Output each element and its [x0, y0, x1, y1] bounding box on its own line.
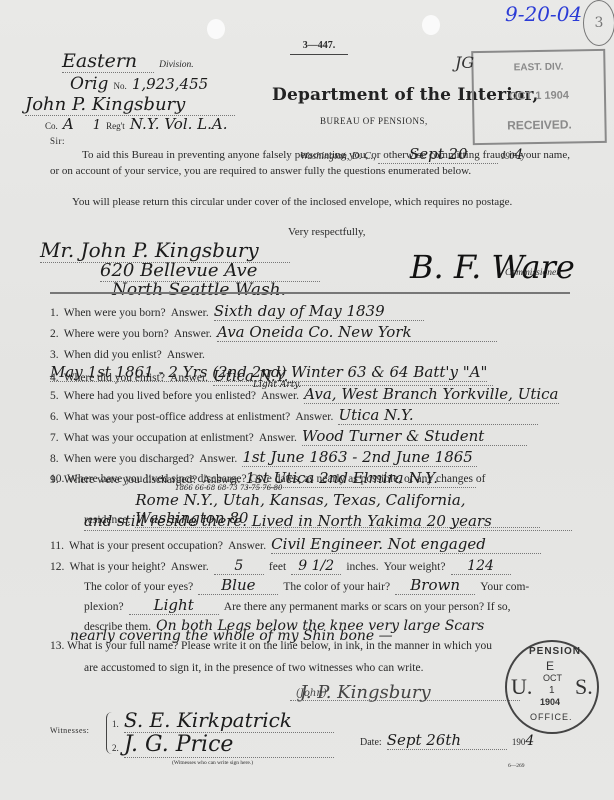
footer-date-line: Date: Sept 26th 1904 [360, 730, 570, 750]
form-code: 6—269 [508, 763, 525, 769]
eyes-value: Blue [198, 576, 278, 595]
signature-line [290, 700, 520, 701]
question-row: 8. When were you discharged? Answer. 1st… [50, 447, 572, 467]
answer-label: Answer. [261, 390, 299, 402]
postmark-right: S. [575, 674, 593, 700]
complexion-label-b: plexion? [84, 601, 124, 613]
cert-label: No. [113, 81, 126, 91]
pension-office-postmark: PENSION E U. S. OCT 1 1904 OFFICE. [505, 640, 599, 734]
received-stamp: EAST. DIV. OCT 1 1904 RECEIVED. [471, 49, 607, 145]
blue-date-annotation: 9-20-04 [505, 2, 582, 26]
question-number: 8. [50, 453, 59, 465]
regt-number: 1 [93, 118, 101, 133]
corner-number-circle: 3 [583, 0, 614, 46]
question-number: 6. [50, 411, 59, 423]
witnesses-note: (Witnesses who can write sign here.) [172, 760, 253, 766]
stamp-division: EAST. DIV. [473, 61, 603, 74]
question-text: Where had you lived before you enlisted? [64, 390, 256, 402]
q3-note: Light Arty. [253, 380, 301, 390]
cert-prefix: Orig [70, 74, 108, 94]
punch-hole [207, 19, 225, 39]
inches-label: inches. [346, 561, 378, 573]
q12-row-3: plexion? Light Are there any permanent m… [84, 595, 572, 615]
question-text: Where were you born? [64, 328, 169, 340]
answer-label: Answer. [199, 453, 237, 465]
q10-number: 10. [50, 473, 64, 485]
q13-question: 13. What is your full name? Please write… [50, 640, 520, 652]
answer-label: Answer. [174, 328, 212, 340]
question-text: What was your post-office address at enl… [64, 411, 291, 423]
question-number: 4. [50, 372, 59, 384]
stamp-received: RECEIVED. [474, 117, 604, 133]
q10-answer-2: and still reside there. Lived in North Y… [84, 512, 572, 531]
complexion-label-a: Your com- [480, 581, 529, 593]
question-text: Where did you enlist? [64, 372, 165, 384]
soldier-name: John P. Kingsbury [25, 94, 235, 116]
salutation: Sir: [50, 136, 65, 146]
weight-label: Your weight? [384, 561, 446, 573]
cert-number: 1,923,455 [132, 75, 208, 93]
answer-label: Answer. [167, 349, 205, 361]
q12-row-2: The color of your eyes? Blue The color o… [84, 575, 572, 595]
q10-question: 10. Where have you lived since discharge… [50, 473, 570, 485]
commissioner-title: Commissioner. [505, 268, 561, 278]
marks-label: Are there any permanent marks or scars o… [224, 601, 511, 613]
pension-circular-page: 3—447. Department of the Interior, BUREA… [0, 0, 614, 800]
question-answer: Ava Oneida Co. New York [217, 323, 497, 342]
witnesses-label: Witnesses: [50, 726, 89, 735]
q11-label: Answer. [228, 540, 266, 552]
height-feet: 5 [214, 558, 264, 575]
witness-1-signature: S. E. Kirkpatrick [124, 708, 334, 733]
stamp-date: OCT 1 1904 [474, 89, 604, 103]
question-answer: Sixth day of May 1839 [214, 302, 424, 321]
question-row: 4. Where did you enlist? Answer. Utica N… [50, 366, 572, 386]
q11-number: 11. [50, 540, 64, 552]
commissioner-signature: B. F. Ware [410, 248, 575, 286]
question-row: 6. What was your post-office address at … [50, 405, 572, 425]
q12-label: Answer. [171, 561, 209, 573]
question-number: 2. [50, 328, 59, 340]
division-label: Division. [159, 60, 194, 70]
footer-date-value: Sept 26th [387, 731, 507, 750]
punch-hole [422, 15, 440, 35]
q12-text: What is your height? [69, 561, 165, 573]
section-divider [50, 292, 570, 294]
question-number: 5. [50, 390, 59, 402]
q12-number: 12. [50, 561, 64, 573]
question-answer: Utica N.Y. [338, 406, 538, 425]
hair-value: Brown [395, 576, 475, 595]
regt-value: N.Y. Vol. L.A. [130, 115, 228, 133]
regt-label: Reg't [106, 121, 125, 131]
answer-label: Answer. [170, 372, 208, 384]
question-answer: Wood Turner & Student [302, 427, 527, 446]
eyes-label: The color of your eyes? [84, 581, 193, 593]
question-number: 3. [50, 349, 59, 361]
closing: Very respectfully, [288, 226, 365, 238]
postmark-left: U. [511, 674, 532, 700]
height-inches: 9 1/2 [291, 558, 341, 575]
q13-text-2: are accustomed to sign it, in the presen… [84, 662, 423, 674]
postmark-bottom: OFFICE. [530, 712, 573, 722]
question-row: 5. Where had you lived before you enlist… [50, 384, 572, 404]
question-row: 1. When were you born? Answer. Sixth day… [50, 301, 572, 321]
witness-2-signature: J. G. Price [124, 732, 334, 758]
addressee-street: 620 Bellevue Ave [100, 260, 320, 282]
form-number: 3—447. [290, 40, 348, 55]
postmark-letter: E [546, 659, 554, 673]
question-answer: Ava, West Branch Yorkville, Utica [304, 385, 558, 404]
signature-note: (John) [296, 688, 327, 699]
q12-row-1: 12. What is your height? Answer. 5 feet … [50, 555, 572, 575]
q13-number: 13. [50, 640, 64, 652]
question-text: When were you discharged? [64, 453, 194, 465]
letter-paragraph-1: To aid this Bureau in preventing anyone … [50, 148, 570, 179]
answer-label: Answer. [259, 432, 297, 444]
q11-answer: Civil Engineer. Not engaged [271, 535, 541, 554]
company-regiment-line: Co. A 1 Reg't N.Y. Vol. L.A. [45, 114, 255, 133]
division-value: Eastern [62, 50, 154, 73]
witness-1-number: 1. [112, 719, 119, 729]
question-text: When did you enlist? [64, 349, 162, 361]
footer-year-printed: 190 [512, 737, 526, 747]
addressee-city: North Seattle Wash. [112, 280, 286, 300]
complexion-value: Light [129, 596, 219, 615]
hair-label: The color of your hair? [283, 581, 390, 593]
certificate-line: Orig No. 1,923,455 [70, 74, 240, 94]
question-number: 7. [50, 432, 59, 444]
question-number: 1. [50, 307, 59, 319]
bureau-title: BUREAU OF PENSIONS, [320, 116, 428, 126]
witness-2-number: 2. [112, 743, 119, 753]
answer-label: Answer. [171, 307, 209, 319]
postmark-day: 1 [549, 685, 555, 696]
question-row: 7. What was your occupation at enlistmen… [50, 426, 572, 446]
weight-value: 124 [451, 558, 511, 575]
question-answer: 1st June 1863 - 2nd June 1865 [242, 448, 477, 467]
co-value: A [63, 115, 74, 133]
q11-text: What is your present occupation? [69, 540, 223, 552]
postmark-year: 1904 [540, 697, 560, 707]
letter-paragraph-2: You will please return this circular und… [50, 195, 570, 211]
question-text: What was your occupation at enlistment? [64, 432, 254, 444]
division-line: Eastern Division. [62, 50, 222, 73]
footer-year-handwritten: 4 [525, 733, 534, 749]
postmark-top: PENSION [529, 646, 581, 657]
witness-2-line: 2. J. G. Price [112, 732, 337, 758]
footer-date-label: Date: [360, 737, 382, 748]
postmark-month: OCT [543, 673, 562, 683]
stamp-initials: JG [455, 53, 474, 72]
answer-label: Answer. [295, 411, 333, 423]
question-text: When were you born? [64, 307, 166, 319]
question-row: 2. Where were you born? Answer. Ava Onei… [50, 322, 572, 342]
co-label: Co. [45, 121, 58, 131]
witness-1-line: 1. S. E. Kirkpatrick [112, 708, 337, 733]
q13-text: What is your full name? Please write it … [67, 640, 492, 652]
feet-label: feet [269, 561, 286, 573]
q11-row: 11. What is your present occupation? Ans… [50, 534, 572, 554]
